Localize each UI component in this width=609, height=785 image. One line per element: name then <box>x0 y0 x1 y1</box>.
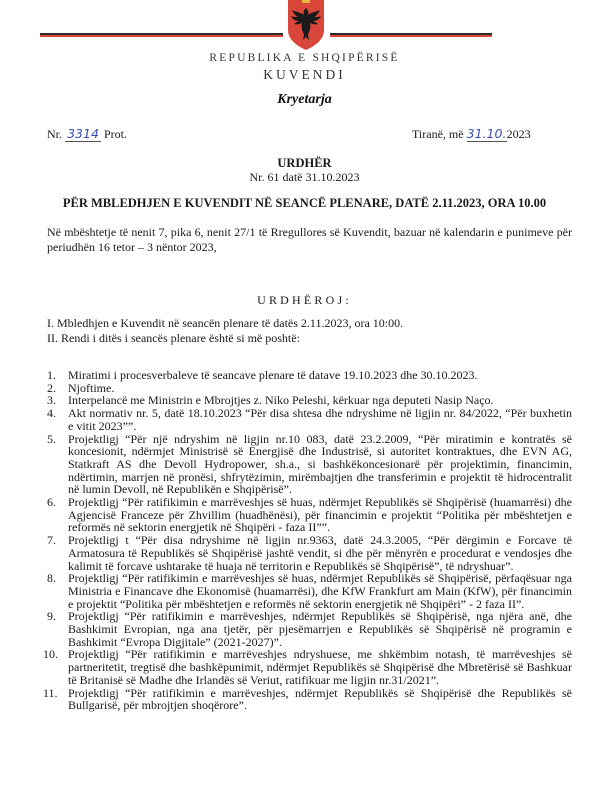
agenda-item: 1.Miratimi i procesverbaleve të seancave… <box>47 369 572 382</box>
protocol-nr-handwritten: 3314 <box>65 126 101 142</box>
letterhead-rule-left <box>40 33 283 37</box>
protocol-prot-label: Prot. <box>104 127 127 141</box>
order-number: Nr. 61 datë 31.10.2023 <box>0 170 609 185</box>
protocol-number: Nr. 3314 Prot. <box>47 126 127 142</box>
agenda-item: 10.Projektligj “Për ratifikimin e marrëv… <box>47 648 572 686</box>
letterhead-rule-right <box>330 33 492 37</box>
decree-word: URDHËROJ: <box>0 293 609 308</box>
date-year: 2023 <box>507 127 531 141</box>
order-heading: URDHËR <box>0 156 609 171</box>
agenda-item: 6.Projektligj “Për ratifikimin e marrëve… <box>47 496 572 534</box>
place-label: Tiranë, më <box>412 127 464 141</box>
order-points: I. Mbledhjen e Kuvendit në seancën plena… <box>47 316 403 346</box>
order-title: PËR MBLEDHJEN E KUVENDIT NË SEANCË PLENA… <box>0 196 609 211</box>
republic-name: REPUBLIKA E SHQIPËRISË <box>0 52 609 64</box>
order-intro: Në mbështetje të nenit 7, pika 6, nenit … <box>47 225 572 255</box>
order-point-1: I. Mbledhjen e Kuvendit në seancën plena… <box>47 316 403 331</box>
agenda-item: 5.Projektligj “Për një ndryshim në ligji… <box>47 433 572 497</box>
agenda-item: 4.Akt normativ nr. 5, datë 18.10.2023 “P… <box>47 407 572 432</box>
order-point-2: II. Rendi i ditës i seancës plenare ësht… <box>47 331 403 346</box>
date-handwritten: 31.10. <box>467 126 507 142</box>
coat-of-arms-icon <box>286 0 326 50</box>
protocol-date: Tiranë, më 31.10.2023 <box>412 126 531 142</box>
agenda-item: 7.Projektligj t “Për disa ndryshime në l… <box>47 534 572 572</box>
institution-name: KUVENDI <box>0 67 609 83</box>
agenda-item: 8.Projektligj “Për ratifikimin e marrëve… <box>47 572 572 610</box>
agenda-list: 1.Miratimi i procesverbaleve të seancave… <box>47 369 572 712</box>
agenda-item: 11.Projektligj “Për ratifikimin e marrëv… <box>47 687 572 712</box>
protocol-nr-label: Nr. <box>47 127 62 141</box>
agenda-item: 9.Projektligj “Për ratifikimin e marrëve… <box>47 610 572 648</box>
office-name: Kryetarja <box>0 92 609 108</box>
